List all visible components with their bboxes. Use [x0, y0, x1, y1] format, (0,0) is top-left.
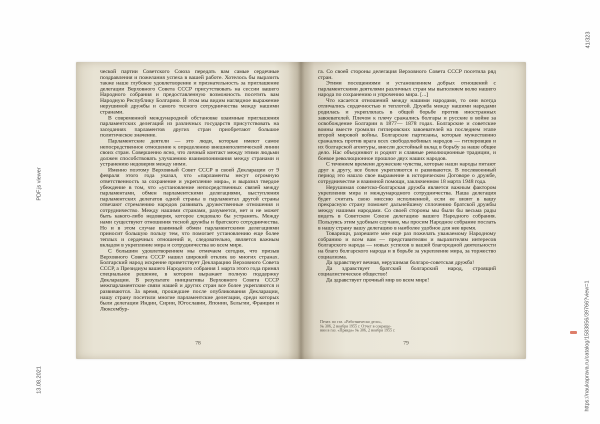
- paragraph: В современной международной обстановке в…: [100, 115, 279, 138]
- print-footer-source-url: https://naukaprava.ru/catalog/1583856/39…: [584, 280, 590, 411]
- paragraph: Товарищи, разрешите мне еще раз пожелать…: [318, 231, 496, 260]
- right-page-paragraphs: га. Со своей стороны делегация Верховног…: [318, 69, 496, 283]
- paragraph: Нерушимая советско-болгарская дружба явл…: [318, 185, 496, 231]
- book-spread: ческой партии Советского Союза передать …: [76, 62, 526, 359]
- paragraph: Да здравствует братский болгарский народ…: [318, 266, 496, 278]
- paragraph: ческой партии Советского Союза передать …: [100, 69, 279, 115]
- right-page-text-column: га. Со своей стороны делегация Верховног…: [318, 69, 496, 317]
- paragraph: С течением времени дружеские чувства, ко…: [318, 162, 496, 185]
- left-page-text-column: ческой партии Советского Союза передать …: [100, 69, 279, 345]
- paragraph: Что касается отношений между нашими наро…: [318, 98, 496, 162]
- print-header-viewer-title: PDF.js viewer: [36, 167, 42, 200]
- paragraph: Этими посещениями и установлением добрых…: [318, 81, 496, 98]
- paragraph: га. Со своей стороны делегация Верховног…: [318, 69, 496, 81]
- right-page-footnote: Печат. по газ. «Работническо дело»,№ 306…: [320, 320, 400, 338]
- paragraph: нии в газ. «Правда» № 306, 2 ноября 1955…: [320, 329, 400, 333]
- printed-pdf-scan: ческой партии Советского Союза передать …: [0, 0, 600, 424]
- paragraph: С большим удовлетворением мы отмечаем се…: [100, 248, 279, 312]
- book-gutter-shadow: [288, 62, 313, 359]
- footnote-lines: Печат. по газ. «Работническо дело»,№ 306…: [320, 320, 400, 333]
- right-page-number: 79: [403, 340, 409, 346]
- left-page-number: 78: [195, 340, 201, 346]
- red-pen-mark: [570, 331, 577, 334]
- print-header-date: 13.08.2021: [36, 366, 42, 394]
- print-footer-page-indicator: 41/323: [585, 32, 591, 49]
- paragraph: Парламентские деятели — это люди, которы…: [100, 138, 279, 167]
- paragraph: Да здравствует прочный мир во всем мире!: [318, 277, 496, 283]
- left-page-paragraphs: ческой партии Советского Союза передать …: [100, 69, 279, 312]
- paragraph: Именно поэтому Верховный Совет СССР в св…: [100, 167, 279, 248]
